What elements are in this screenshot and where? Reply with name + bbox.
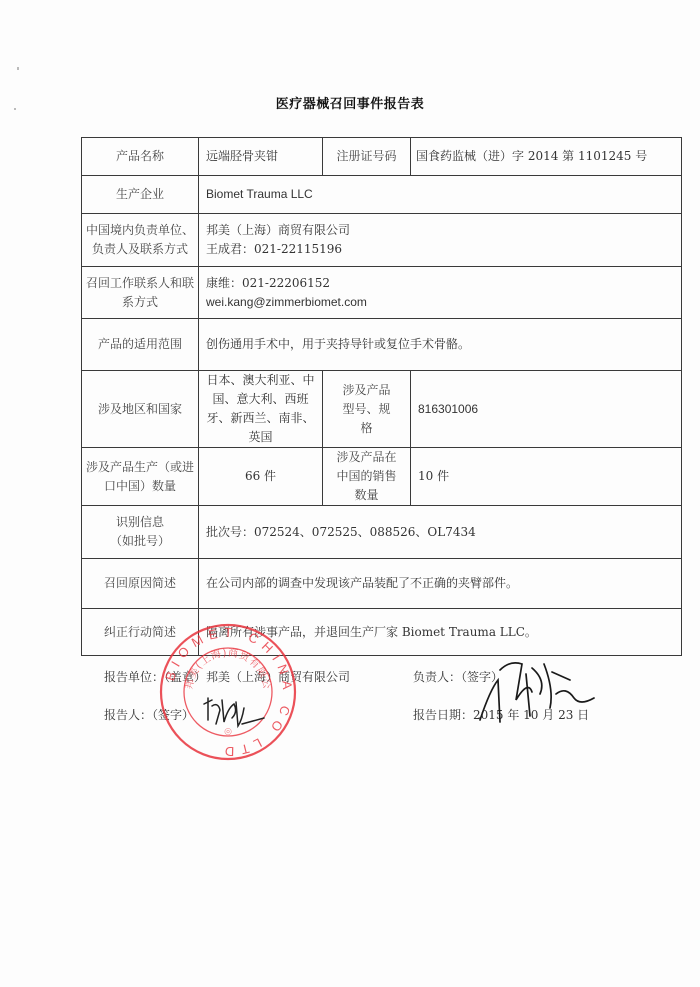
- domestic-contact: 王成君：021-22115196: [206, 240, 674, 259]
- reason-value: 在公司内部的调查中发现该产品装配了不正确的夹臂部件。: [199, 559, 682, 609]
- report-unit: 报告单位：（盖章）邦美（上海）商贸有限公司: [104, 668, 350, 685]
- model-value: 816301006: [411, 371, 682, 448]
- domestic-company: 邦美（上海）商贸有限公司: [206, 221, 674, 240]
- recall-report-table: 产品名称 远端胫骨夹钳 注册证号码 国食药监械（进）字 2014 第 11012…: [81, 137, 682, 656]
- manufacturer-label: 生产企业: [82, 176, 199, 214]
- china-sales-label: 涉及产品在中国的销售数量: [323, 448, 411, 506]
- recall-contact-label: 召回工作联系人和联系方式: [82, 267, 199, 319]
- row-scope: 产品的适用范围 创伤通用手术中，用于夹持导针或复位手术骨骼。: [82, 319, 682, 371]
- row-product-name: 产品名称 远端胫骨夹钳 注册证号码 国食药监械（进）字 2014 第 11012…: [82, 138, 682, 176]
- id-info-label: 识别信息 （如批号）: [82, 506, 199, 559]
- row-domestic-responsible: 中国境内负责单位、负责人及联系方式 邦美（上海）商贸有限公司 王成君：021-2…: [82, 214, 682, 267]
- regions-value: 日本、澳大利亚、中国、意大利、西班牙、新西兰、南非、英国: [199, 371, 323, 448]
- reg-no-label: 注册证号码: [323, 138, 411, 176]
- row-id-info: 识别信息 （如批号） 批次号：072524、072525、088526、OL74…: [82, 506, 682, 559]
- regions-label: 涉及地区和国家: [82, 371, 199, 448]
- responsible-person: 负责人：（签字）: [413, 668, 503, 685]
- domestic-responsible-value: 邦美（上海）商贸有限公司 王成君：021-22115196: [199, 214, 682, 267]
- product-name-value: 远端胫骨夹钳: [199, 138, 323, 176]
- reg-no-value: 国食药监械（进）字 2014 第 1101245 号: [411, 138, 682, 176]
- row-action: 纠正行动简述 隔离所有涉事产品，并退回生产厂家 Biomet Trauma LL…: [82, 609, 682, 656]
- action-label: 纠正行动简述: [82, 609, 199, 656]
- manufacturer-value: Biomet Trauma LLC: [199, 176, 682, 214]
- reason-label: 召回原因简述: [82, 559, 199, 609]
- row-recall-contact: 召回工作联系人和联系方式 康维：021-22206152 wei.kang@zi…: [82, 267, 682, 319]
- row-regions: 涉及地区和国家 日本、澳大利亚、中国、意大利、西班牙、新西兰、南非、英国 涉及产…: [82, 371, 682, 448]
- action-value: 隔离所有涉事产品，并退回生产厂家 Biomet Trauma LLC。: [199, 609, 682, 656]
- domestic-responsible-label: 中国境内负责单位、负责人及联系方式: [82, 214, 199, 267]
- id-info-label-line2: （如批号）: [85, 532, 195, 551]
- recall-contact-email: wei.kang@zimmerbiomet.com: [206, 293, 674, 312]
- scan-speck: [17, 67, 19, 70]
- report-date: 报告日期：2015 年 10 月 23 日: [413, 706, 589, 723]
- row-manufacturer: 生产企业 Biomet Trauma LLC: [82, 176, 682, 214]
- reporter: 报告人：（签字）: [104, 706, 194, 723]
- model-label: 涉及产品型号、规格: [323, 371, 411, 448]
- recall-contact-phone: 康维：021-22206152: [206, 274, 674, 293]
- row-reason: 召回原因简述 在公司内部的调查中发现该产品装配了不正确的夹臂部件。: [82, 559, 682, 609]
- china-sales-value: 10 件: [411, 448, 682, 506]
- id-info-label-line1: 识别信息: [85, 513, 195, 532]
- svg-text:◎: ◎: [224, 727, 232, 737]
- production-qty-label: 涉及产品生产（或进口中国）数量: [82, 448, 199, 506]
- product-name-label: 产品名称: [82, 138, 199, 176]
- id-info-value: 批次号：072524、072525、088526、OL7434: [199, 506, 682, 559]
- recall-contact-value: 康维：021-22206152 wei.kang@zimmerbiomet.co…: [199, 267, 682, 319]
- row-quantities: 涉及产品生产（或进口中国）数量 66 件 涉及产品在中国的销售数量 10 件: [82, 448, 682, 506]
- reporter-signature-icon: [198, 690, 278, 732]
- scope-value: 创伤通用手术中，用于夹持导针或复位手术骨骼。: [199, 319, 682, 371]
- scope-label: 产品的适用范围: [82, 319, 199, 371]
- production-qty-value: 66 件: [199, 448, 323, 506]
- page-title: 医疗器械召回事件报告表: [0, 93, 700, 112]
